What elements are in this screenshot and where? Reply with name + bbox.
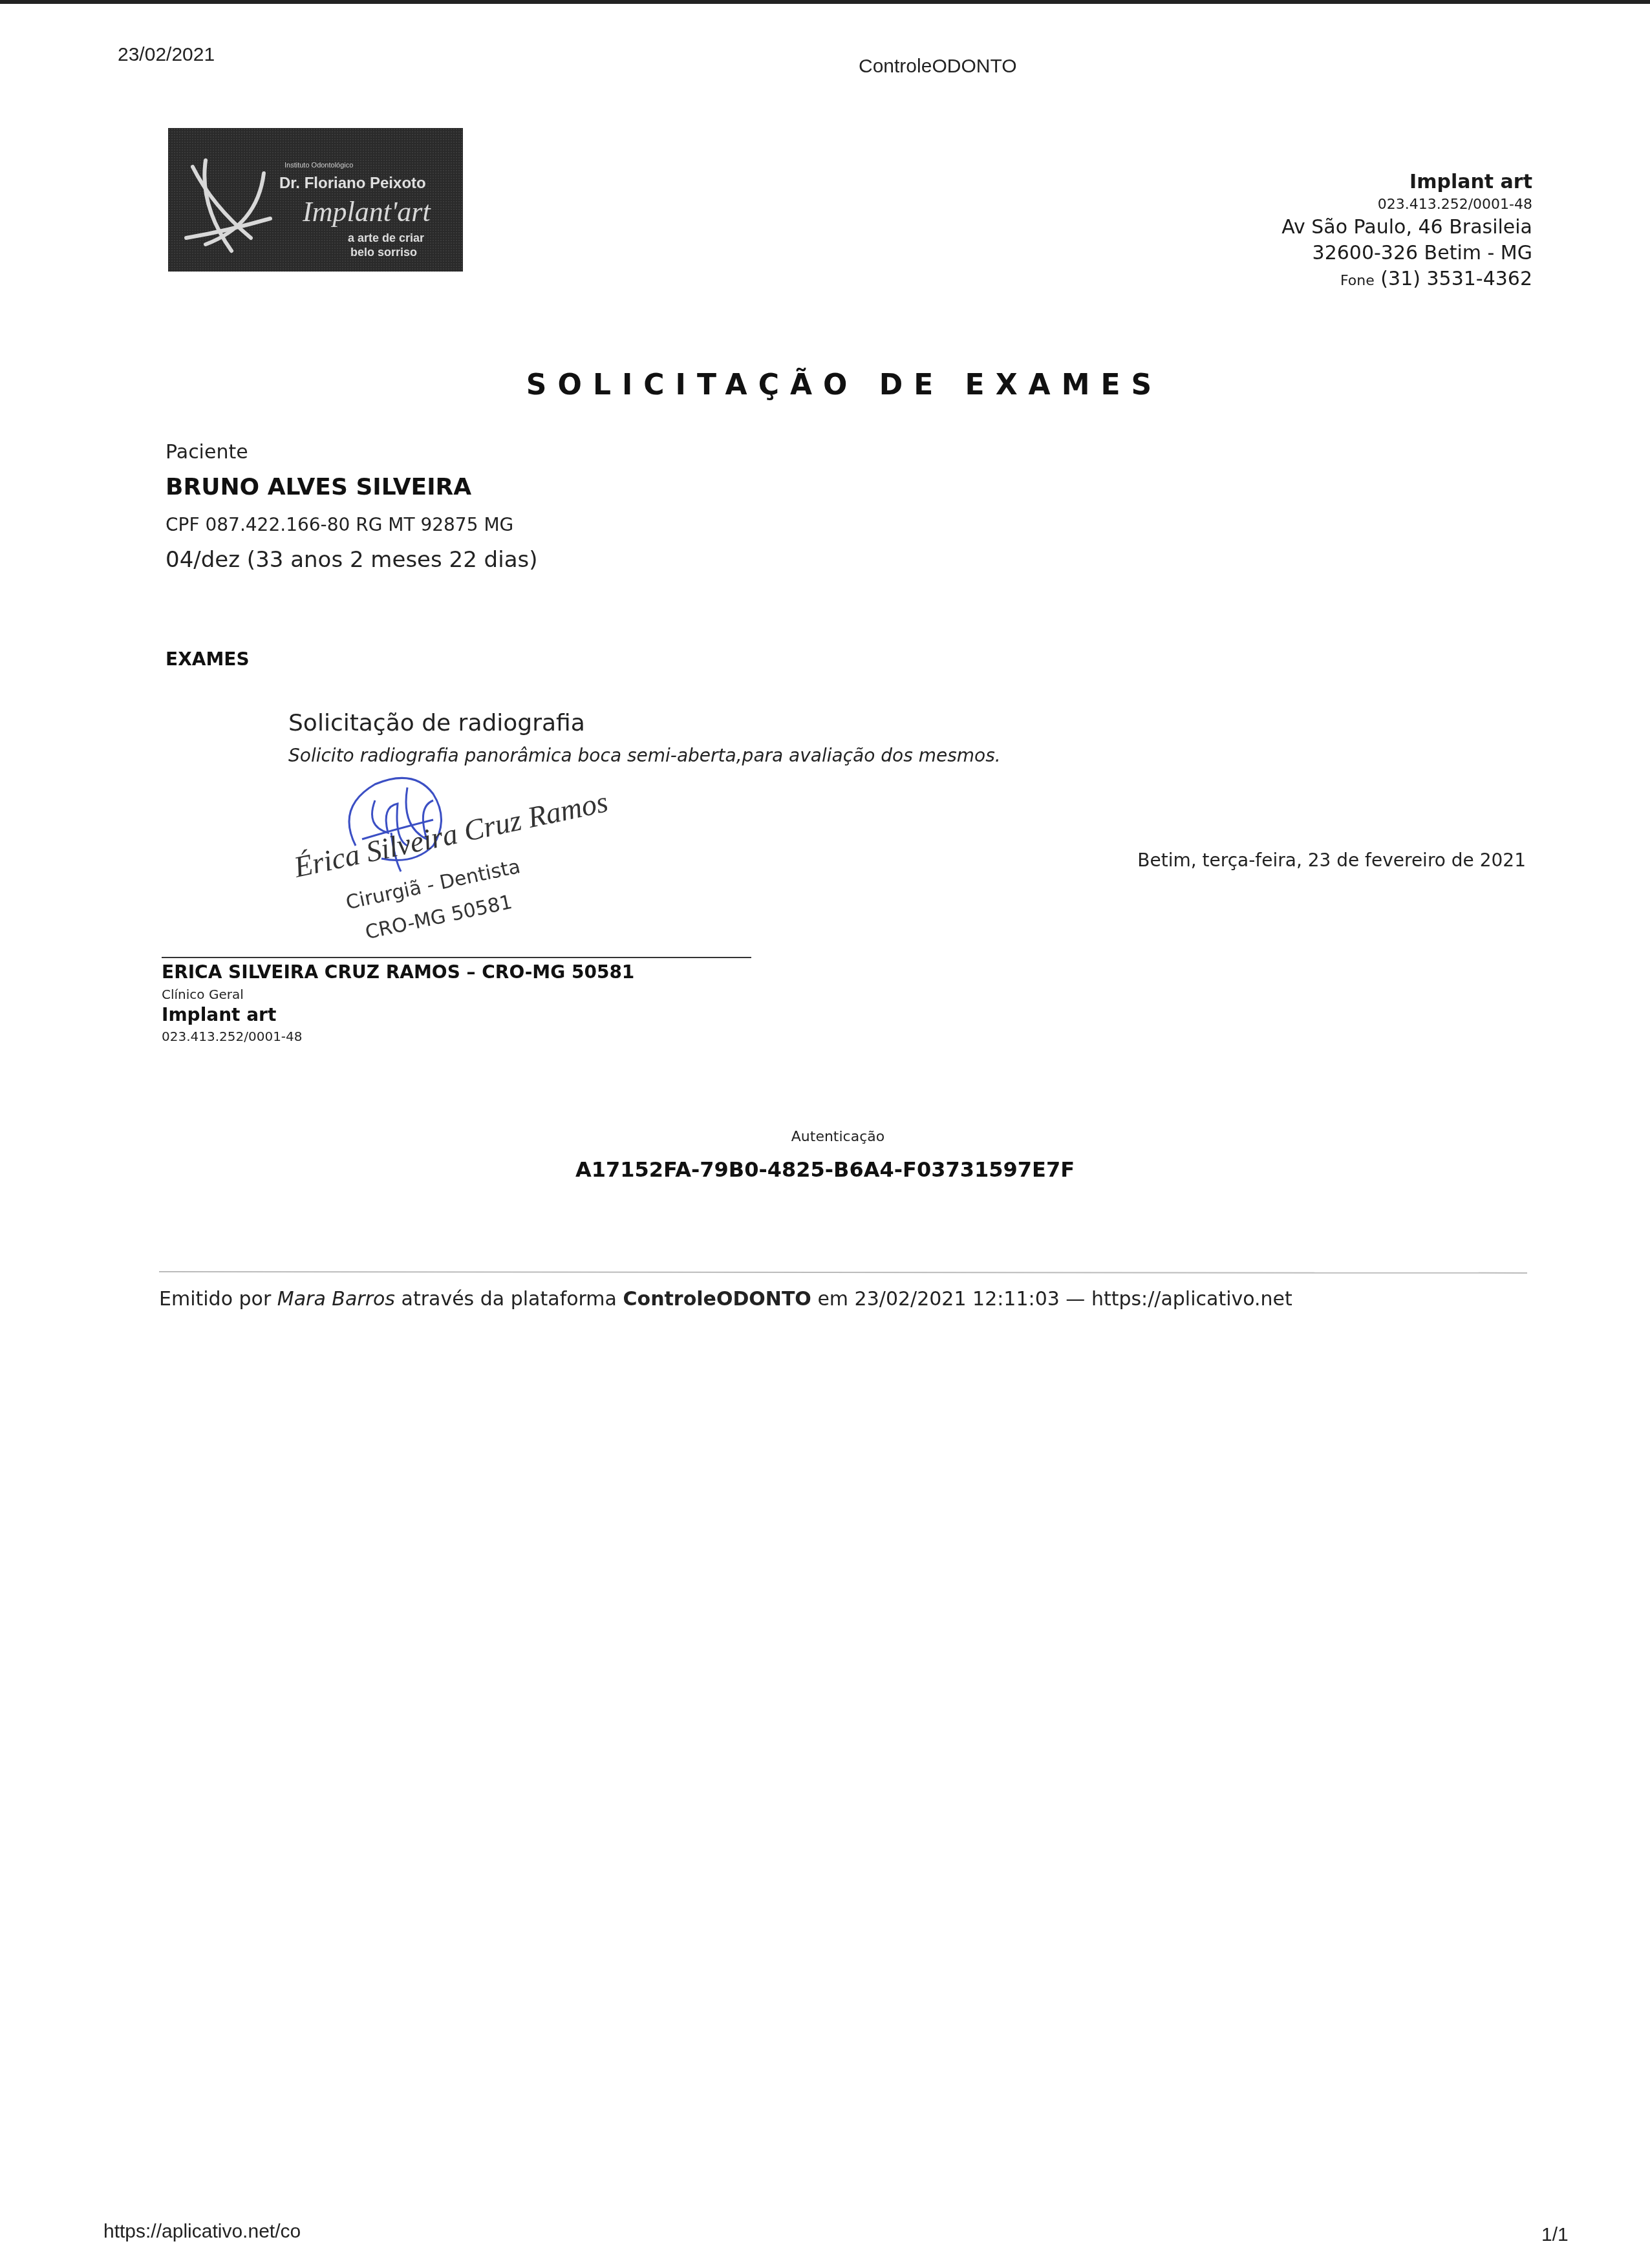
clinic-cnpj: 023.413.252/0001-48: [1281, 195, 1532, 215]
phone-label: Fone: [1340, 273, 1375, 289]
authentication-block: Autenticação A17152FA-79B0-4825-B6A4-F03…: [0, 1126, 1650, 1186]
signer-name: ERICA SILVEIRA CRUZ RAMOS – CRO-MG 50581: [162, 959, 634, 985]
footer-issuer: Mara Barros: [277, 1288, 395, 1311]
footer-prefix: Emitido por: [159, 1288, 271, 1311]
clinic-logo: Instituto Odontológico Dr. Floriano Peix…: [168, 128, 463, 272]
footer-divider: [159, 1271, 1527, 1274]
clinic-phone: Fone (31) 3531-4362: [1281, 266, 1532, 294]
clinic-info: Implant art 023.413.252/0001-48 Av São P…: [1281, 169, 1532, 294]
footer-platform: ControleODONTO: [623, 1288, 811, 1311]
exam-title: Solicitação de radiografia: [288, 707, 1001, 740]
print-app-name: ControleODONTO: [859, 56, 1017, 78]
footer-middle: através da plataforma: [402, 1288, 617, 1311]
exam-description: Solicito radiografia panorâmica boca sem…: [288, 742, 1001, 770]
patient-name: BRUNO ALVES SILVEIRA: [166, 469, 537, 506]
clinic-name: Implant art: [1281, 169, 1532, 195]
scan-edge: [0, 0, 1650, 4]
clinic-city: 32600-326 Betim - MG: [1281, 241, 1532, 266]
patient-label: Paciente: [166, 438, 537, 467]
logo-institution: Instituto Odontológico: [284, 162, 353, 169]
footer-suffix: em 23/02/2021 12:11:03 — https://aplicat…: [817, 1288, 1292, 1311]
issued-by-footer: Emitido por Mara Barros através da plata…: [159, 1288, 1292, 1311]
patient-documents: CPF 087.422.166-80 RG MT 92875 MG: [166, 511, 537, 539]
signer-clinic: Implant art: [162, 1003, 634, 1027]
signature-line: [162, 957, 751, 958]
place-date: Betim, terça-feira, 23 de fevereiro de 2…: [1137, 850, 1526, 871]
authentication-label: Autenticação: [0, 1126, 1650, 1148]
exam-item: Solicitação de radiografia Solicito radi…: [288, 707, 1001, 770]
print-date: 23/02/2021: [118, 44, 215, 66]
print-url: https://aplicativo.net/co: [103, 2221, 301, 2243]
logo-tagline: belo sorriso: [350, 246, 417, 259]
patient-birth-age: 04/dez (33 anos 2 meses 22 dias): [166, 543, 537, 577]
signer-block: ERICA SILVEIRA CRUZ RAMOS – CRO-MG 50581…: [162, 959, 634, 1046]
logo-brand: Implant'art: [303, 195, 431, 228]
print-page-number: 1/1: [1541, 2224, 1569, 2246]
document-title: SOLICITAÇÃO DE EXAMES: [0, 369, 1650, 401]
signer-cnpj: 023.413.252/0001-48: [162, 1027, 634, 1046]
signer-role: Clínico Geral: [162, 985, 634, 1003]
patient-block: Paciente BRUNO ALVES SILVEIRA CPF 087.42…: [166, 438, 537, 577]
logo-swirl-icon: [180, 147, 277, 257]
clinic-address: Av São Paulo, 46 Brasileia: [1281, 215, 1532, 241]
professional-stamp: Érica Silveira Cruz Ramos Cirurgiã - Den…: [284, 768, 647, 949]
authentication-code: A17152FA-79B0-4825-B6A4-F03731597E7F: [0, 1153, 1650, 1186]
phone-number: (31) 3531-4362: [1380, 268, 1532, 290]
logo-tagline: a arte de criar: [348, 231, 424, 245]
exams-heading: EXAMES: [166, 648, 250, 670]
logo-doctor: Dr. Floriano Peixoto: [279, 175, 426, 193]
